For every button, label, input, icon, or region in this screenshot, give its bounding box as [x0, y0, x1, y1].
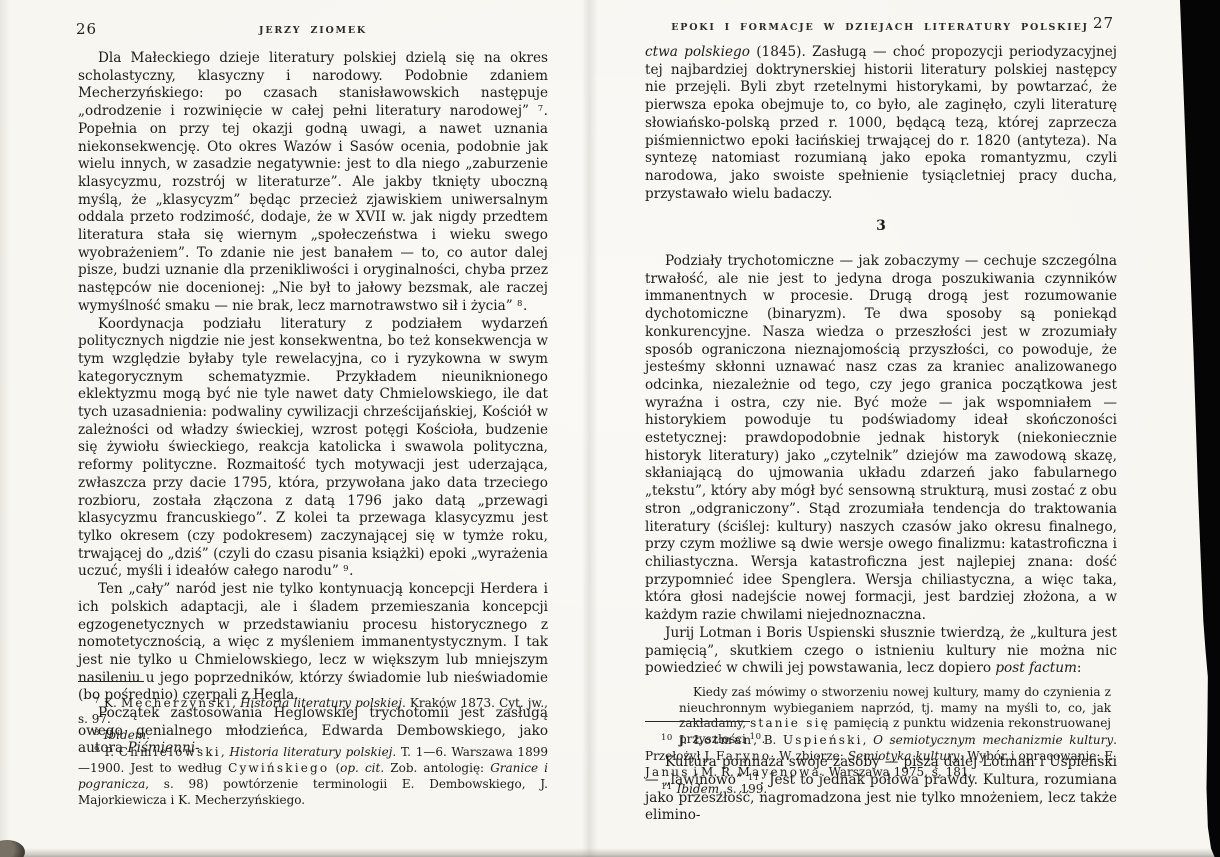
running-header-left: JERZY ZIOMEK	[78, 25, 548, 36]
section-heading: 3	[645, 218, 1117, 236]
page-right: EPOKI I FORMACJE W DZIEJACH LITERATURY P…	[610, 0, 1220, 857]
paragraph: Jurij Lotman i Boris Uspienski słusznie …	[645, 625, 1117, 678]
text-column-right: ctwa polskiego (1845). Zasługą — choć pr…	[645, 44, 1117, 825]
footnote: 7 K. Mecherzyński, Historia literatury p…	[78, 695, 548, 727]
footnote: 11 Ibidem, s. 199.	[645, 781, 1117, 797]
page-gutter-shadow	[582, 0, 598, 857]
scan-bottom-edge	[0, 848, 1220, 857]
footnote: 9 P. Chmielowski, Historia literatury po…	[78, 744, 548, 809]
page-number-right: 27	[1093, 14, 1114, 32]
footnote: 10 J. Łotman, B. Uspieński, O semiotyczn…	[645, 732, 1117, 781]
page-left: 26 JERZY ZIOMEK Dla Małeckiego dzieje li…	[0, 0, 610, 857]
footnotes-left: 7 K. Mecherzyński, Historia literatury p…	[78, 681, 548, 808]
book-scan-background: 26 JERZY ZIOMEK Dla Małeckiego dzieje li…	[0, 0, 1220, 857]
paragraph-continuation: ctwa polskiego (1845). Zasługą — choć pr…	[645, 44, 1117, 203]
paragraph: Podziały trychotomiczne — jak zobaczymy …	[645, 253, 1117, 625]
footnote-rule	[645, 721, 750, 722]
footnote: 8 Ibidem.	[78, 727, 548, 743]
running-header-right: EPOKI I FORMACJE W DZIEJACH LITERATURY P…	[645, 22, 1115, 33]
footnote-rule	[78, 681, 144, 682]
text-column-left: Dla Małeckiego dzieje literatury polskie…	[78, 50, 548, 758]
paragraph: Dla Małeckiego dzieje literatury polskie…	[78, 50, 548, 316]
paragraph: Koordynacja podziału literatury z podzia…	[78, 316, 548, 582]
footnotes-right: 10 J. Łotman, B. Uspieński, O semiotyczn…	[645, 721, 1117, 797]
